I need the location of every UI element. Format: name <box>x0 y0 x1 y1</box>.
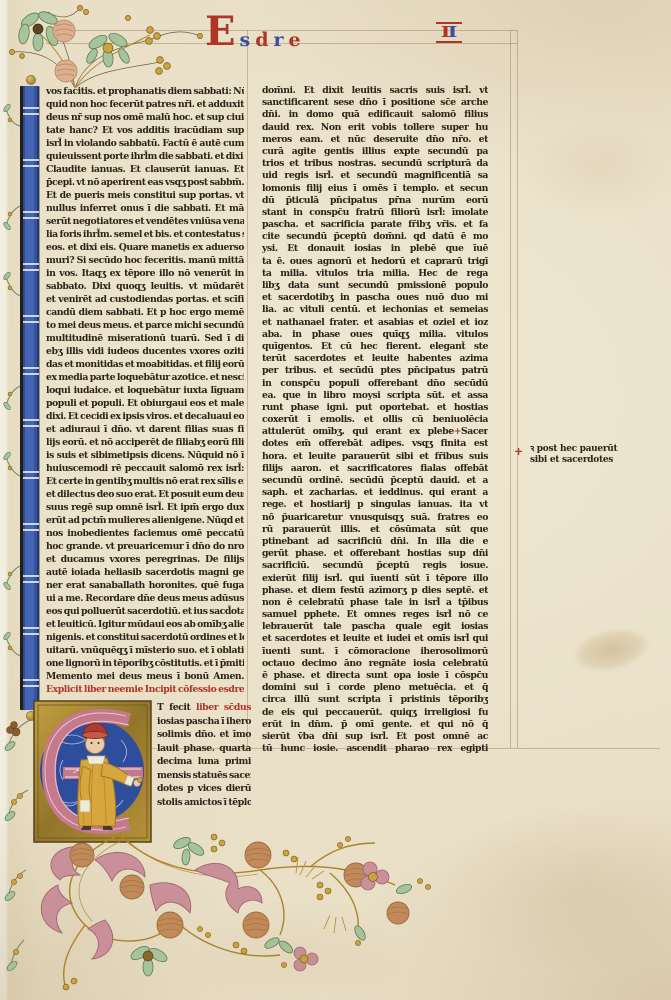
border-bar <box>20 86 39 710</box>
text-line: aba. in phase oues quīqʒ milia. vitulos <box>262 329 488 341</box>
text-line: candū diem sabbati. Et p hoc ergo memē <box>46 306 244 319</box>
text-line: dom̄ni. Et dixit leuitis sacris suis isr… <box>262 85 488 97</box>
text-line: secundū ordinē. secūdū p̄ceptū dauid. et… <box>262 475 488 487</box>
text-line: muri? Si secūdo hoc feceritis. manū mitt… <box>46 254 244 267</box>
text-line: Et certe in gentibʒ multis nō erat rex s… <box>46 475 244 488</box>
text-line: sierūt v̄ba dn̄i sup isrl̄. Et post omnē… <box>262 731 488 743</box>
text-line: quid non hoc fecerūt patres nr̄i. et add… <box>46 98 244 111</box>
text-line: īuenti sunt. ī cōmoracione iherosolimorū <box>262 646 488 658</box>
text-line: ebʒ illis vidi iudeos ducentes vxores oz… <box>46 345 244 358</box>
text-line: das et monitidas et moabitidas. et filij… <box>46 358 244 371</box>
ink-stain <box>568 614 665 691</box>
text-line: huiuscemodi rē peccauit salomō rex isrl̄… <box>46 462 244 475</box>
text-line: dotes p vices dierū <box>157 782 251 796</box>
text-line: deus nr̄ sup nos omē malū hoc. et sup ci… <box>46 111 244 124</box>
text-line: mensis statuēs sacer <box>157 769 251 783</box>
text-line: domini sui ī corde pleno metuēcia. et q̄ <box>262 682 488 694</box>
text-line: meros eam. et nūc deseruite dn̄o nr̄o. e… <box>262 134 488 146</box>
text-line: rū parauerūt illis. et cōsūmata sūt que <box>262 524 488 536</box>
running-title-letter: d <box>255 31 269 50</box>
text-line: iosias pascha ī ihero <box>157 715 251 729</box>
text-line: eos qui polluerūt sacerdotiū. et ius sac… <box>46 605 244 618</box>
text-line: ex media parte loquebātur azotice. et ne… <box>46 371 244 384</box>
ruling-line <box>517 30 518 748</box>
text-line: ea. que in libro moysi scripta sūt. et a… <box>262 390 488 402</box>
historiated-initial-E <box>33 700 152 843</box>
running-title-letter: r <box>274 31 285 50</box>
text-line: lauit phase. quarta <box>157 742 251 756</box>
text-line: dū p̄ticulā pn̄cipatus pr̄na nurūm eorū <box>262 195 488 207</box>
text-line: solimis dn̄o. et īmo <box>157 728 251 742</box>
text-line: T fecit liber sc̄dus <box>157 701 251 715</box>
text-line: et adiuraui ī dn̄o. vt darent filias sua… <box>46 423 244 436</box>
text-line: phase. et diem festū azīmorʒ p dies sept… <box>262 585 488 597</box>
text-line: erūt ad pctm̄ mulieres alienigene. Nūqd … <box>46 514 244 527</box>
text-line: sabbato. Dixi quoqʒ leuitis. vt mūdarēt <box>46 280 244 293</box>
text-line: ner erat sanaballath horonites. quē fuga <box>46 579 244 592</box>
running-title-letter: s <box>240 31 252 50</box>
manuscript-page: Esdre II <box>0 0 671 1000</box>
text-line: et nathanael frater. et asabias et oziel… <box>262 317 488 329</box>
correction-mark: + <box>514 445 523 458</box>
text-line: filijs aaron. et sacrificatores fialas o… <box>262 463 488 475</box>
text-line: et leuiticū. Igitur mūdaui eos ab omībʒ … <box>46 618 244 631</box>
text-line: lijs eorū. et nō acciperēt de filiabʒ eo… <box>46 436 244 449</box>
text-line: dixi. Et cecidi ex ipsis viros. et decal… <box>46 410 244 423</box>
text-line: autē ioiada heliasib sacerdotis magni ge <box>46 566 244 579</box>
text-line: quieuissent porte ihrl̄m die sabbati. et… <box>46 150 244 163</box>
text-line: dauid rex. Non erit vobis tollere super … <box>262 122 488 134</box>
text-line: eos. et dixi eis. Quare manetis ex aduer… <box>46 241 244 254</box>
text-line: hoc grande. vt preuaricemur ī dn̄o do nr… <box>46 540 244 553</box>
text-line: stant in conspc̄u fratrū filiorū isrl̄: … <box>262 207 488 219</box>
text-line: exierūt filij isrl̄. qui īuenti sūt ī tē… <box>262 573 488 585</box>
text-line: non ē celebratū phase tale in isrl̄ a tp… <box>262 597 488 609</box>
text-line: nos inobedientes faciemus omē peccatū <box>46 527 244 540</box>
text-line: libʒ data sunt secundū pmissionē populo <box>262 280 488 292</box>
text-column-left-wrap: T fecit liber sc̄dusiosias pascha ī iher… <box>157 701 251 809</box>
border-bar-sprigs <box>0 86 22 716</box>
text-line: is suis et sibimetipsis dicens. Nūquid n… <box>46 449 244 462</box>
text-line: Et de pueris meis constitui sup portas. … <box>46 189 244 202</box>
text-line: stolis amictos ī tēplo <box>157 796 251 810</box>
marginal-note: + ꝛ post hec pauerūt sibi et sacerdotes <box>514 444 634 466</box>
text-line: per tribus. et secūdū ptes pn̄cipatus pa… <box>262 365 488 377</box>
text-line: et sacerdotes et leuite et iudei et omīs… <box>262 633 488 645</box>
text-line: circa illū sunt scripta ī pristinis tēpo… <box>262 694 488 706</box>
text-line: trios et tribus nostras. secundū scriptu… <box>262 158 488 170</box>
text-line: octauo decimo āno regnāte iosia celebrat… <box>262 658 488 670</box>
text-line: serūt negotiatores et vendētes vniūsa ve… <box>46 215 244 228</box>
text-line: terūt sacerdotes et leuite habentes azim… <box>262 353 488 365</box>
text-line: et ducamus vxores peregrinas. De filijs <box>46 553 244 566</box>
text-line: multitudinē miserationū tuarū. Sed ī di <box>46 332 244 345</box>
text-line: p̄cepi. vt nō aperirent eas vsqʒ post sa… <box>46 176 244 189</box>
text-line: et venirēt ad custodiendas portas. et sc… <box>46 293 244 306</box>
text-column-right: dom̄ni. Et dixit leuitis sacris suis isr… <box>262 85 488 755</box>
text-line: erūt in dn̄m. p̄ omī gente. et qui nō q̄ <box>262 719 488 731</box>
text-line: dotes em̄ offerebāt adipes. vsqʒ finita … <box>262 438 488 450</box>
text-line: uid regis isrl̄. et secundū magnificenti… <box>262 170 488 182</box>
text-line: ui a me. Recordare dn̄e deus meus adūsus <box>46 592 244 605</box>
text-line: nullus inferret onus ī die sabbati. Et m… <box>46 202 244 215</box>
text-line: gerūt phase. et offerebant hostias sup d… <box>262 548 488 560</box>
text-line: dn̄i. in domo quā edificauit salomō fili… <box>262 109 488 121</box>
text-line: in conspc̄u populi offerebant dn̄o secūd… <box>262 378 488 390</box>
running-title-letter: e <box>289 31 302 50</box>
folio-number: II <box>436 22 462 43</box>
text-line: de eis qui peccauerūt. quiqʒ irreligiosi… <box>262 707 488 719</box>
text-line: runt phase igni. put oportebat. et hosti… <box>262 402 488 414</box>
text-line: curā agite gentis illius expte secundū p… <box>262 146 488 158</box>
text-line: et dilectus deo suo erat. Et posuit eum … <box>46 488 244 501</box>
floral-garland <box>0 825 450 1000</box>
text-line: tū hunc iosie. ascendit pharao rex egipt… <box>262 743 488 755</box>
text-line: sacrificiū. secundū p̄ceptū regis iosue. <box>262 560 488 572</box>
text-line: ysi. Et donauit iosias in plebē que īuē <box>262 243 488 255</box>
text-line: Memento mei deus meus ī bonū Amen. <box>46 670 244 683</box>
text-column-left: vos facitis. et prophanatis diem sabbati… <box>46 85 244 696</box>
text-line: rege. et hostiarij p singulas ianuas. it… <box>262 499 488 511</box>
text-line: saph. et zacharias. et ieddinus. qui era… <box>262 487 488 499</box>
ruling-line <box>510 30 511 748</box>
text-line: tate hanc? Et vos additis iracūdiam sup <box>46 124 244 137</box>
text-line: ē phase. et directa sunt opa iosie ī cōs… <box>262 670 488 682</box>
text-line: uitarū. vnūquēqʒ ī mīsterio suo. et ī ob… <box>46 644 244 657</box>
text-line: decima luna primi <box>157 755 251 769</box>
text-line: lia foris ihrl̄m. semel et bis. et conte… <box>46 228 244 241</box>
text-line: loqui iudaice. et loquebātur iuxta līgua… <box>46 384 244 397</box>
text-line: ptinebant ad sacrificiū dn̄i. In illa di… <box>262 536 488 548</box>
text-line: et sacerdotibʒ in pascha oues nuō duo mi <box>262 292 488 304</box>
marginal-note-line: ꝛ post hec pauerūt <box>530 444 634 455</box>
text-line: attulerūt omībʒ. qui erant ex plebe+Sace… <box>262 426 488 438</box>
text-line: lia. ac vituli centū. et iechonias et se… <box>262 304 488 316</box>
text-line: nigenis. et constitui sacerdotū ordines … <box>46 631 244 644</box>
text-line: isrl̄ in violando sabbatū. Factū ē autē … <box>46 137 244 150</box>
text-line: hora. et leuite parauerūt sibi et fr̄ibu… <box>262 451 488 463</box>
marginal-note-line: sibi et sacerdotes <box>530 455 634 466</box>
text-line: sanctificarent sese dn̄o ī positione sc̄… <box>262 97 488 109</box>
text-line: samuel pphete. Et omnes reges isrl̄ nō c… <box>262 609 488 621</box>
text-line: Claudite ianuas. Et clauserūt ianuas. Et <box>46 163 244 176</box>
text-line: ta milia. vitulos tria milia. Hec de reg… <box>262 268 488 280</box>
text-line: to mei deus meus. et parce michi secundū <box>46 319 244 332</box>
text-line: vos facitis. et prophanatis diem sabbati… <box>46 85 244 98</box>
text-line: cite secundū p̄ceptū dom̄ni. qd datū ē m… <box>262 231 488 243</box>
text-line: pascha. et sacrificia parate fr̄ibʒ vr̄i… <box>262 219 488 231</box>
rubric-line: Explicit liber neemie Incipit cōfessio e… <box>46 683 244 696</box>
text-line: lomonis filij eius ī omēs ī templo. et s… <box>262 183 488 195</box>
text-line: suus regē sup omnē isrl̄. Et ipm̄ ergo d… <box>46 501 244 514</box>
text-line: nō p̄uaricaretur vnusquisqʒ suā. fratres… <box>262 512 488 524</box>
folio-letter: I <box>448 25 458 40</box>
text-line: one lignorū in tēporibʒ cōstitutis. et ī… <box>46 657 244 670</box>
ruling-line <box>247 30 248 748</box>
text-line: populi et populi. Et obiurgaui eos et ma… <box>46 397 244 410</box>
text-line: in vos. Itaqʒ ex tēpore illo nō venerūt … <box>46 267 244 280</box>
text-line: quīgentos. Et cū hec fierent. elegant̄ s… <box>262 341 488 353</box>
text-line: coxerūt ī emolis. et ollis cū beniuolēci… <box>262 414 488 426</box>
text-line: lebrauerūt tale pascha quale egit iosias <box>262 621 488 633</box>
text-line: ta ē. oues agnorū et hedorū et caprarū t… <box>262 256 488 268</box>
